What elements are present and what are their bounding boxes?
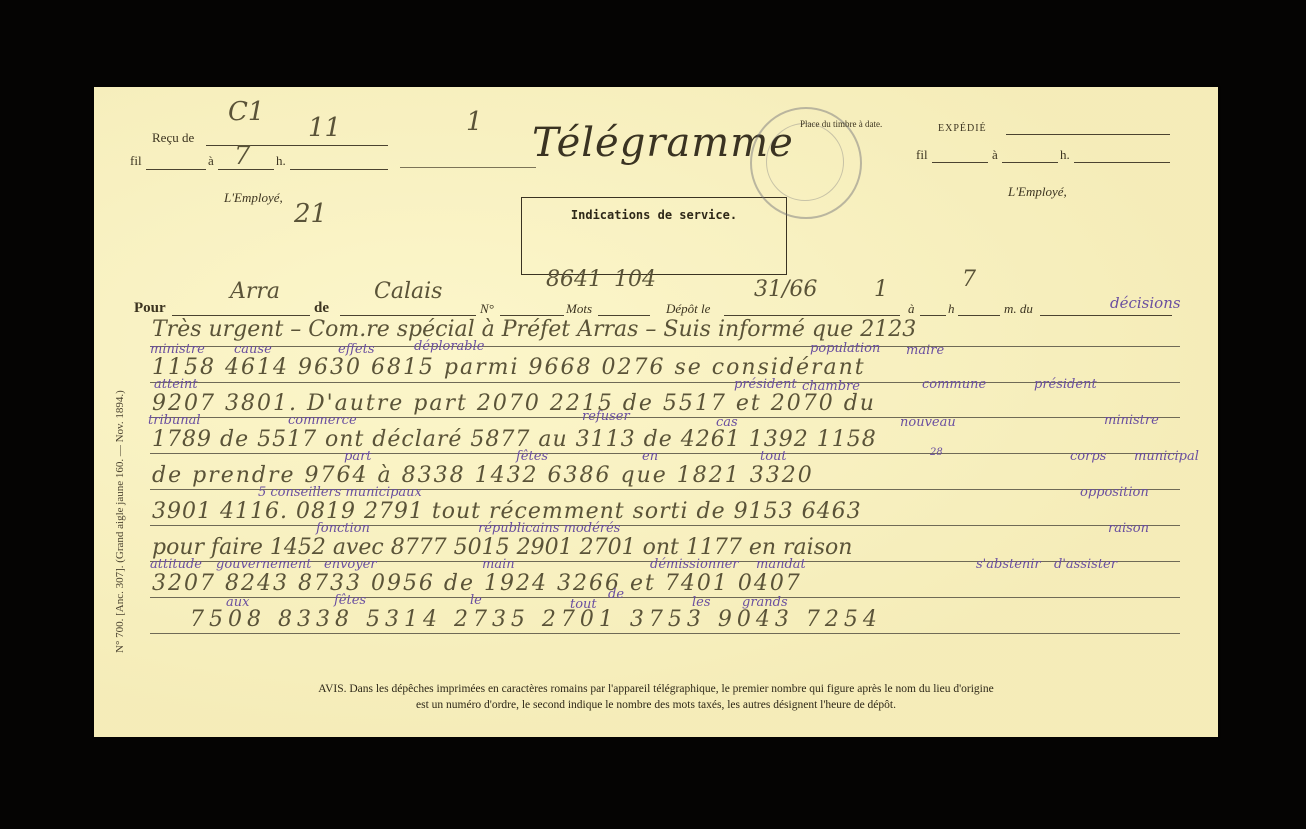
hour-line <box>290 169 388 170</box>
annotation: opposition <box>1080 485 1149 500</box>
decorative-rule <box>400 167 536 168</box>
annotation: fêtes <box>516 449 548 464</box>
annotation: ministre <box>1104 413 1159 428</box>
annotation: tout <box>760 449 787 464</box>
message-line-9: 7508 8338 5314 2735 2701 3753 9043 7254 <box>190 607 882 632</box>
at-label: à <box>208 153 214 169</box>
sent-line <box>1006 134 1170 135</box>
rule-9 <box>150 633 1180 634</box>
annotation: effets <box>338 342 375 357</box>
annotation: de <box>608 587 624 602</box>
rule-6 <box>150 525 1180 526</box>
message-line-5: de prendre 9764 à 8338 1432 6386 que 182… <box>152 463 814 488</box>
annotation: commune <box>922 377 986 392</box>
minute-value: décisions <box>1110 294 1181 312</box>
deposit-value: 31/66 <box>754 277 817 302</box>
minute-label: m. du <box>1004 301 1033 317</box>
message-line-3: 9207 3801. D'autre part 2070 2215 de 551… <box>152 391 876 416</box>
annotation: fêtes <box>334 593 366 608</box>
service-indications-box: Indications de service. <box>521 197 787 275</box>
words-value: 104 <box>614 267 656 292</box>
employee-label-right: L'Employé, <box>1008 184 1067 200</box>
sent-label: EXPÉDIÉ <box>938 123 987 134</box>
annotation: en <box>642 449 658 464</box>
annotation: gouvernement <box>216 557 311 572</box>
annotation: nouveau <box>900 415 956 430</box>
annotation: raison <box>1108 521 1149 536</box>
rule-2 <box>150 382 1180 383</box>
annotation: aux <box>226 595 249 610</box>
hour-value: 11 <box>308 113 341 143</box>
annotation: président <box>1034 377 1097 392</box>
annotation: d'assister <box>1054 557 1117 572</box>
annotation: population <box>810 341 880 356</box>
annotation: main <box>482 557 515 572</box>
annotation: démissionner <box>650 557 738 572</box>
annotation: les <box>692 595 711 610</box>
annotation: cause <box>234 342 272 357</box>
annotation: déplorable <box>414 339 484 354</box>
no-label: N° <box>480 301 494 317</box>
annotation: chambre <box>802 379 860 394</box>
received-label: Reçu de <box>152 130 194 146</box>
form-number: 1 <box>466 107 483 137</box>
hour-line-right <box>1074 162 1170 163</box>
annotation: cas <box>716 415 738 430</box>
at-line-right <box>1002 162 1058 163</box>
rule-8 <box>150 597 1180 598</box>
words-line <box>598 315 650 316</box>
deposit-line <box>724 315 900 316</box>
avis-line-1: AVIS. Dans les dépêches imprimées en car… <box>94 683 1218 695</box>
annotation: part <box>344 449 372 464</box>
annotation: ministre <box>150 342 205 357</box>
annotation: commerce <box>288 413 357 428</box>
rule-4 <box>150 453 1180 454</box>
annotation: municipal <box>1134 449 1199 464</box>
annotation: mandat <box>756 557 806 572</box>
stamp-place-label: Place du timbre à date. <box>800 119 882 129</box>
message-line-1: Très urgent – Com.re spécial à Préfet Ar… <box>152 317 916 342</box>
deposit-day: 1 <box>874 277 888 302</box>
hour2-value: 7 <box>962 267 976 292</box>
deposit-label: Dépôt le <box>666 301 710 317</box>
annotation: président <box>734 377 797 392</box>
no-line <box>500 315 564 316</box>
hour-label-right: h. <box>1060 147 1070 163</box>
annotation: 28 <box>930 447 943 458</box>
from-value: Calais <box>374 279 442 304</box>
minute-line <box>1040 315 1172 316</box>
received-from-value: C1 <box>228 97 264 127</box>
service-indications-label: Indications de service. <box>522 208 786 222</box>
from-line <box>340 315 476 316</box>
hour2-line <box>958 315 1000 316</box>
annotation: 5 conseillers municipaux <box>258 485 422 500</box>
at-label-right: à <box>992 147 998 163</box>
form-reference-side-print: N° 700. [Anc. 307]. (Grand aigle jaune 1… <box>114 390 126 653</box>
annotation: le <box>470 593 482 608</box>
telegram-form: Reçu de fil à h. L'Employé, C1 7 11 21 1… <box>94 87 1218 737</box>
annotation: envoyer <box>324 557 377 572</box>
annotation: maire <box>906 343 944 358</box>
at2-label: à <box>908 301 915 317</box>
annotation: grands <box>742 595 788 610</box>
wire-value: 7 <box>234 141 251 171</box>
annotation: corps <box>1070 449 1106 464</box>
annotation: refuser <box>582 409 630 424</box>
annotation: tout <box>570 597 597 612</box>
hour2-label: h <box>948 301 955 317</box>
to-label: Pour <box>134 300 166 317</box>
annotation: s'abstenir <box>976 557 1041 572</box>
to-line <box>172 315 310 316</box>
to-value: Arra <box>230 279 280 304</box>
annotation: atteint <box>154 377 198 392</box>
annotation: tribunal <box>148 413 201 428</box>
at2-line <box>920 315 946 316</box>
wire-line-right <box>932 162 988 163</box>
employee-label: L'Employé, <box>224 190 283 206</box>
annotation: fonction <box>316 521 370 536</box>
postmark-inner-ring <box>766 123 844 201</box>
annotation: républicains modérés <box>478 521 620 536</box>
employee-value: 21 <box>294 199 327 229</box>
from-label: de <box>314 300 329 317</box>
no-value: 8641 <box>546 267 602 292</box>
avis-line-2: est un numéro d'ordre, le second indique… <box>94 699 1218 711</box>
rule-1 <box>150 346 1180 347</box>
wire-label: fil <box>130 153 142 169</box>
wire-label-right: fil <box>916 147 928 163</box>
words-label: Mots <box>566 301 592 317</box>
hour-label: h. <box>276 153 286 169</box>
annotation: attitude <box>150 557 202 572</box>
wire-line <box>146 169 206 170</box>
